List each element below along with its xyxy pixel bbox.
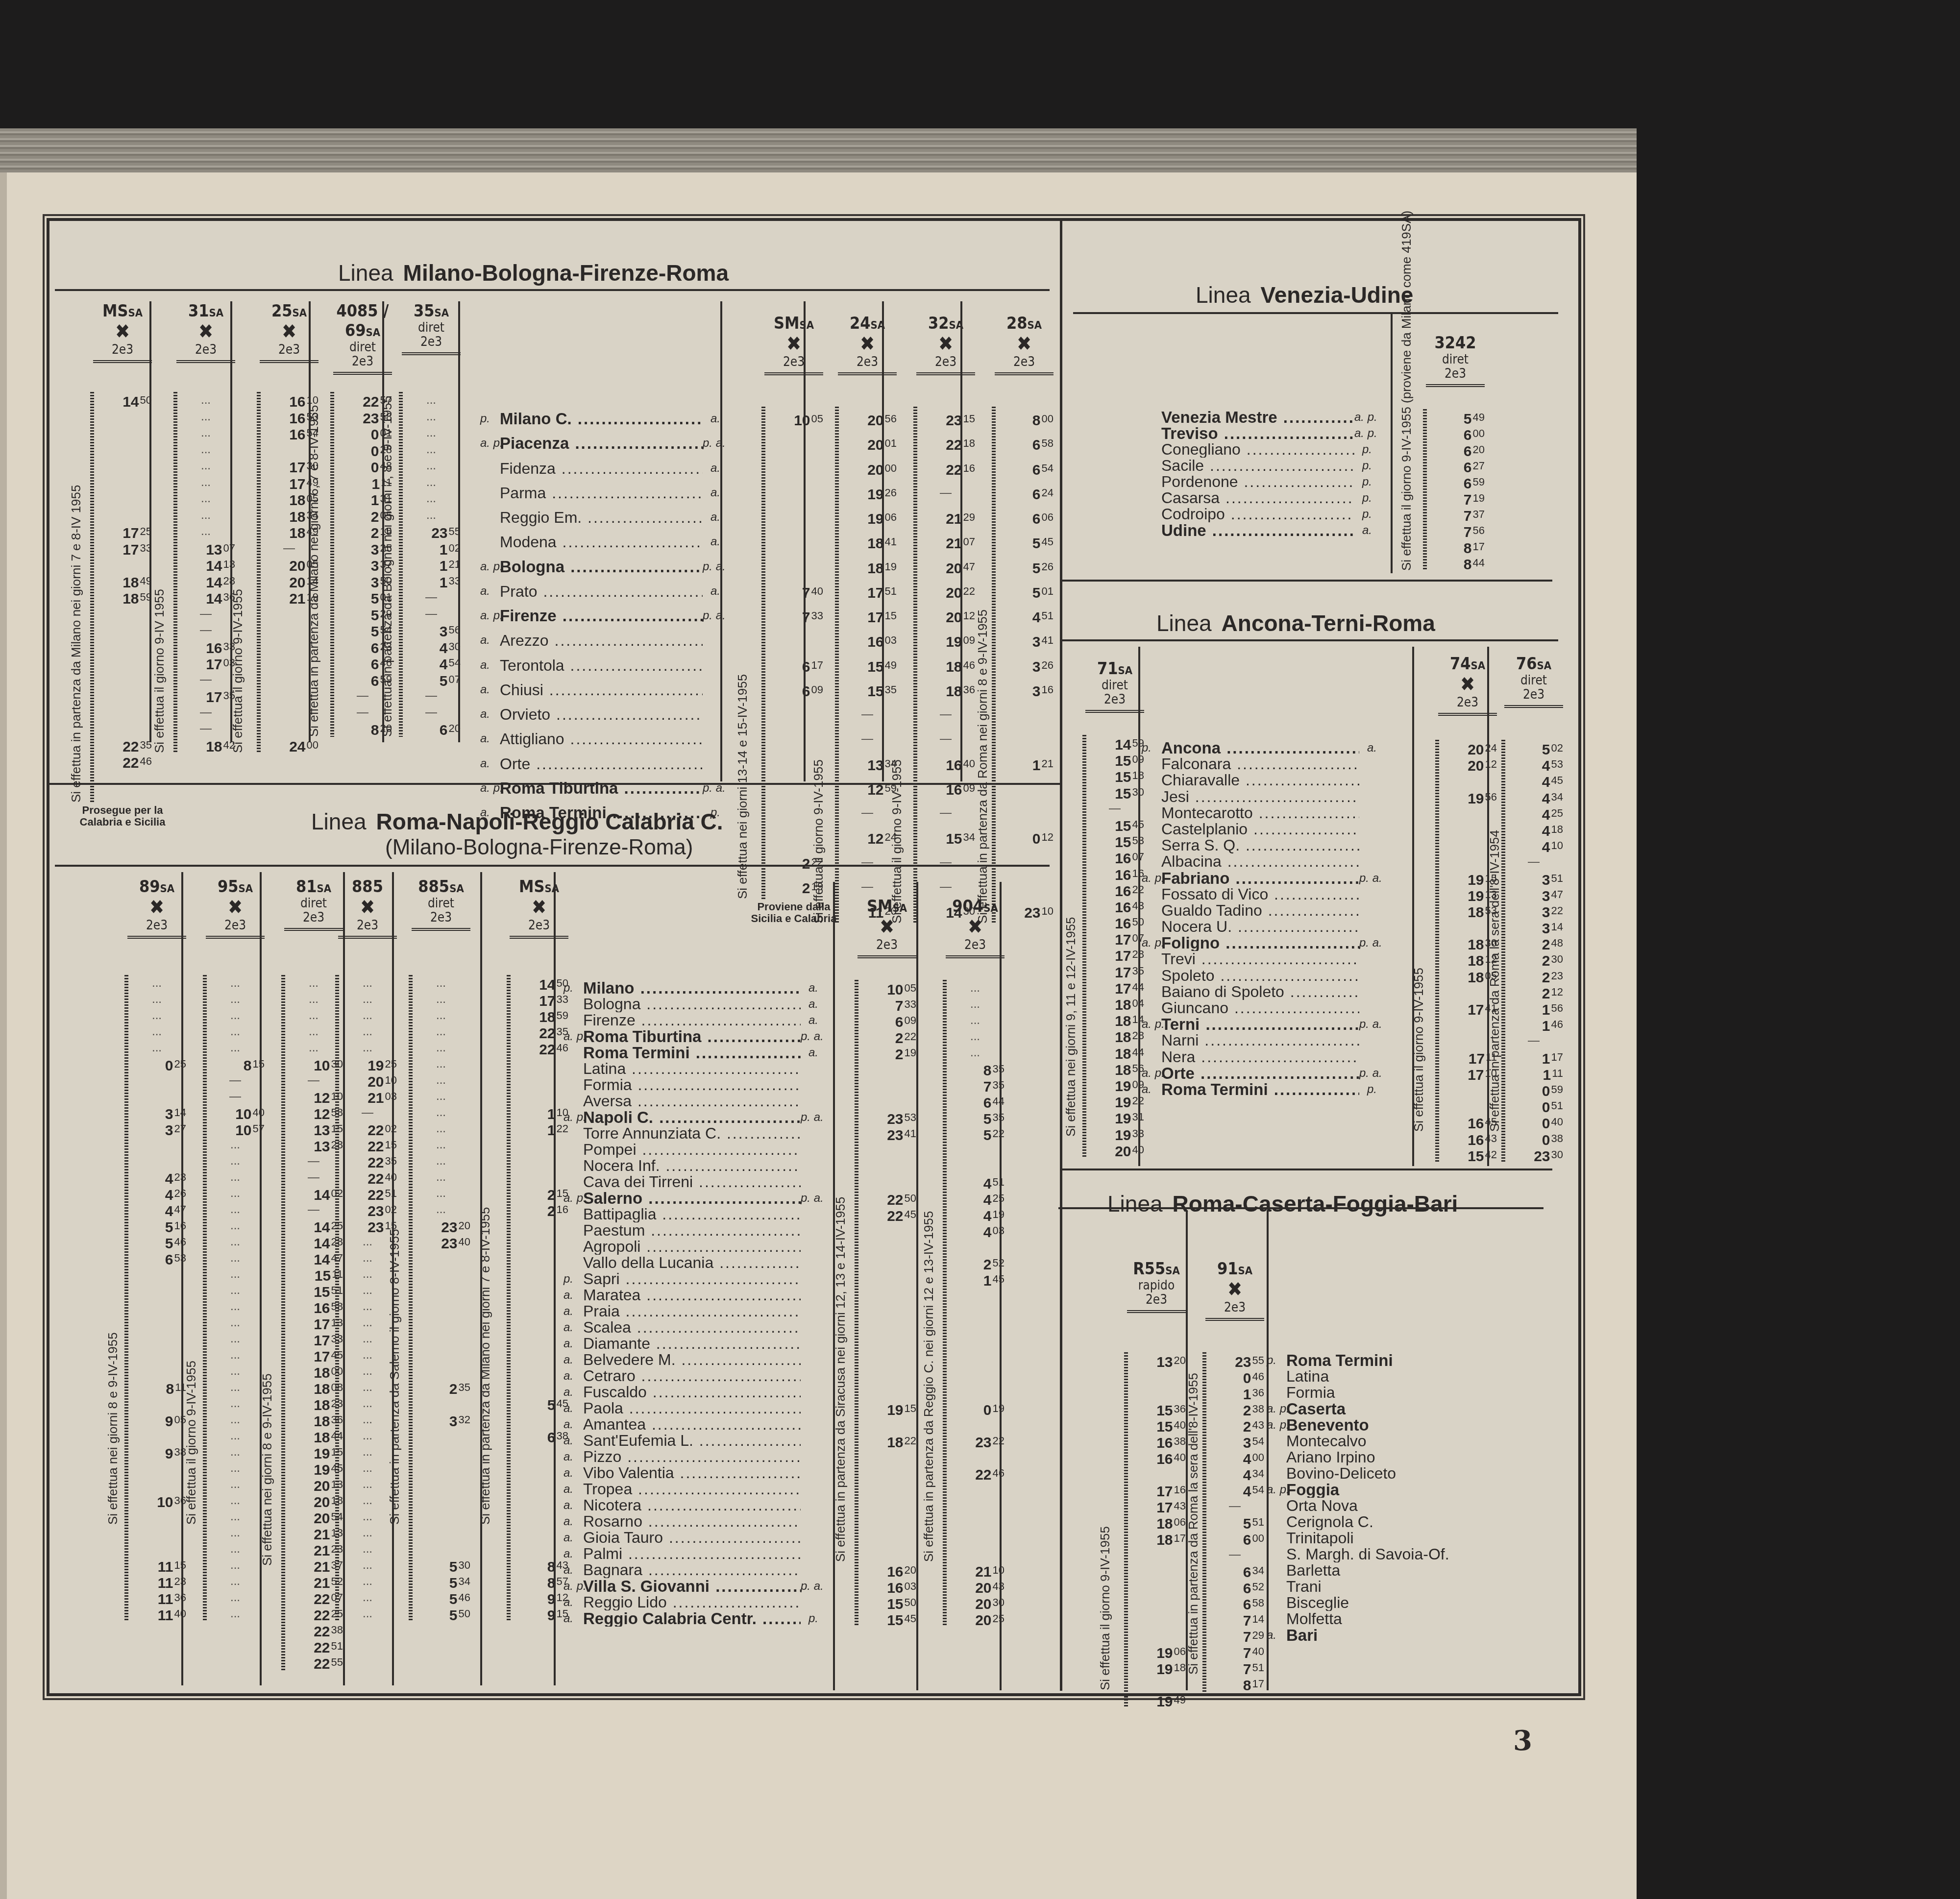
time-cell: 430 [402,638,461,655]
time-cell: 1808 [284,1379,343,1395]
time-cell [764,456,823,481]
time-cell: ... [402,458,461,474]
time-minute: 13 [223,558,235,570]
time-cell: 546 [127,1234,186,1250]
time-cell [764,702,823,727]
arrival-departure-marker [1359,837,1377,853]
time-minute: 49 [1174,1694,1186,1706]
arrival-departure-marker: a. [563,1610,583,1627]
time-hour: 3 [1032,659,1041,675]
time-hour: 22 [122,739,139,755]
time-cell [857,1465,916,1481]
train-times: 14501733185922352246 110122 215216 545 6… [510,975,568,1622]
time-minute: 51 [1042,609,1053,622]
time-cell: 223 [1504,968,1563,984]
time-cell [127,1266,186,1282]
station-row: Bisceglie [1267,1595,1541,1611]
time-hour: 12 [867,831,883,847]
time-hour: 17 [867,609,883,626]
arrival-departure-marker [801,1061,818,1077]
train-times: 2355046136238243354400434454—551600—6346… [1205,1352,1264,1692]
arrival-departure-marker [801,1336,818,1352]
arrival-departure-marker [801,1093,818,1109]
station-row: a.Cetraro [563,1368,818,1384]
time-minute: 20 [905,1564,916,1576]
train-number: SMSA [764,314,823,333]
time-hour: 16 [1468,1116,1484,1132]
train-number: SMSA [857,897,916,916]
time-cell: 2330 [1504,1146,1563,1163]
time-cell: ... [206,1040,265,1056]
station-name: Albacina [1161,853,1359,870]
time-minute: 45 [905,1612,916,1625]
time-cell [127,1137,186,1153]
time-cell: 1906 [1127,1643,1186,1659]
train-number: 31SA [176,301,235,321]
time-cell [93,409,152,425]
validity-wavy-line [1423,409,1427,571]
column-rule [554,872,556,1685]
time-cell: 1402 [284,1185,343,1201]
arrival-departure-marker: a. [563,1416,583,1433]
time-minute: 40 [385,1171,397,1183]
arrival-departure-marker [1359,1000,1377,1016]
train-suffix: SA [293,307,307,319]
time-cell: 1603 [838,628,897,653]
time-cell: ... [412,1169,470,1185]
time-minute: 18 [1551,823,1563,835]
arrival-departure-marker [1523,1562,1541,1579]
time-hour: 16 [1115,867,1131,883]
time-cell: 2355 [402,523,461,540]
time-minute: 15 [963,413,975,425]
time-cell: 2040 [1085,1142,1144,1158]
time-hour: 0 [1542,1132,1550,1148]
arrival-departure-marker: a. [480,752,500,776]
station-name: Latina [583,1061,801,1077]
time-hour: 19 [1468,888,1484,904]
arrival-departure-marker: p. a. [703,431,720,456]
time-cell: 1703 [176,655,235,671]
time-hour: 16 [946,782,962,798]
time-hour: 8 [1243,1678,1251,1694]
time-minute: 58 [1042,437,1053,449]
station-row: a.Orte [480,752,720,776]
time-cell: ... [402,507,461,524]
station-name: Arezzo [500,628,703,653]
time-cell: 600 [1205,1530,1264,1546]
station-name: Pompei [583,1142,801,1158]
station-row: a.Amantea [563,1416,818,1433]
validity-wavy-line [257,392,261,753]
time-hour: 20 [946,585,962,601]
time-cell: 356 [402,622,461,638]
time-minute: 22 [905,1030,916,1043]
arrival-departure-marker [801,1433,818,1449]
station-name: Orte [500,752,703,776]
time-cell: 1518 [1085,767,1144,783]
station-name: Bovino-Deliceto [1286,1465,1523,1482]
arrival-departure-marker [563,1174,583,1190]
train-times: ...............025 314327 42342644751654… [127,975,186,1622]
time-cell: 551 [1205,1514,1264,1530]
time-cell: 2000 [838,456,897,481]
time-hour: 0 [165,1058,173,1074]
time-cell [946,1352,1004,1368]
arrival-departure-marker [801,1255,818,1271]
time-minute: 06 [1042,511,1053,523]
validity-wavy-line [330,392,334,737]
time-cell [1127,1465,1186,1482]
station-name: Barletta [1286,1562,1523,1579]
arrival-departure-marker: a. p. [1142,1065,1161,1081]
time-minute: 17 [811,659,823,671]
time-hour: 17 [1115,981,1131,997]
station-row: Formia [563,1077,818,1093]
time-cell [857,1384,916,1400]
time-minute: 53 [1551,758,1563,770]
time-hour: 3 [1542,888,1550,904]
arrival-departure-marker [801,1206,818,1222]
time-hour: 2 [802,856,810,872]
time-minute: 34 [1551,791,1563,803]
time-minute: 30 [459,1559,470,1571]
arrival-departure-marker [563,1125,583,1142]
arrival-departure-marker [1267,1530,1286,1546]
time-cell: 451 [995,604,1053,628]
time-cell: ... [176,425,235,441]
arrival-departure-marker [703,653,720,678]
time-minute: 22 [963,585,975,597]
time-cell [510,1088,568,1104]
time-hour: 1 [1542,1051,1550,1067]
time-cell [764,481,823,505]
time-minute: 40 [253,1106,265,1119]
time-minute: 23 [1551,970,1563,982]
station-name: Sacile [1161,458,1354,474]
arrival-departure-marker [1142,853,1161,870]
time-hour: 5 [983,1127,992,1144]
arrival-departure-marker: a. [480,702,500,727]
arrival-departure-marker [801,1222,818,1239]
time-cell: 1915 [284,1444,343,1460]
time-hour: 11 [158,1607,173,1624]
arrival-departure-marker: a. [563,1384,583,1400]
time-cell: 620 [1426,441,1485,458]
time-minute: 45 [905,1208,916,1220]
time-cell: ... [176,458,235,474]
station-row: Molfetta [1267,1611,1541,1627]
train-suffix: SA [128,307,143,319]
time-cell [1127,1579,1186,1595]
time-cell: 216 [510,1201,568,1217]
time-cell: — [838,875,897,899]
time-cell: 652 [1205,1579,1264,1595]
train-number: 28SA [995,314,1053,333]
arrival-departure-marker [1142,425,1161,441]
time-hour: 20 [289,575,305,591]
time-cell [127,1072,186,1088]
time-cell: 2246 [93,753,152,770]
arrival-departure-marker [1359,1049,1377,1065]
validity-wavy-line [507,975,511,1622]
time-cell [93,458,152,474]
station-name: Molfetta [1286,1611,1523,1627]
arrival-departure-marker [1523,1482,1541,1498]
time-cell [412,1347,470,1363]
train-header: 885✖2e3 [338,877,397,939]
station-row: Codroipop. [1142,506,1372,522]
time-cell [412,1250,470,1266]
time-hour: 17 [206,657,222,673]
time-cell [510,1153,568,1169]
time-cell: 351 [1504,870,1563,886]
time-hour: 2 [449,1381,458,1397]
station-name: Attigliano [500,727,703,751]
time-minute: 34 [963,831,975,843]
validity-wavy-line [124,975,128,1622]
arrival-departure-marker: a. [480,628,500,653]
crossed-arrows-icon: ✖ [338,897,397,918]
time-hour: 19 [867,511,883,527]
station-name: Prato [500,579,703,604]
arrival-departure-marker [563,996,583,1012]
time-minute: 05 [811,413,823,425]
time-hour: 19 [1115,1111,1131,1127]
time-cell: 2322 [946,1433,1004,1449]
arrival-departure-marker [1359,968,1377,984]
time-cell: ... [206,1282,265,1298]
station-row: a.Belvedere M. [563,1352,818,1368]
arrival-departure-marker [801,1319,818,1336]
arrival-departure-marker [703,628,720,653]
time-cell [946,1416,1004,1433]
time-cell: ... [206,1363,265,1379]
validity-note: Si effettua in partenza da Milano nei gi… [69,485,84,803]
time-cell: ... [176,392,235,409]
station-row: a.Bari [1267,1627,1541,1643]
time-cell [1127,1385,1186,1401]
time-hour: 18 [1115,1046,1131,1062]
crossed-arrows-icon: ✖ [510,897,568,918]
train-suffix: SA [239,883,253,895]
time-hour: 23 [363,411,379,427]
time-hour: 18 [1468,970,1484,986]
arrival-departure-marker [1267,1433,1286,1449]
time-cell: 1806 [1127,1514,1186,1530]
time-cell: ... [206,975,265,991]
time-cell: 1735 [1085,963,1144,979]
time-cell [127,1298,186,1315]
time-cell: — [1504,1032,1563,1048]
arrival-departure-marker: a. [703,456,720,481]
arrival-departure-marker: p. a. [1359,870,1377,886]
station-name: Sapri [583,1271,801,1287]
arrival-departure-marker: p. [1354,458,1372,474]
time-minute: 40 [1174,1419,1186,1431]
time-hour: 19 [887,1402,903,1418]
arrival-departure-marker: p. [1142,740,1161,756]
station-name: Spoleto [1161,968,1359,984]
time-hour: 16 [289,394,305,410]
station-row: a. p.Roma Tiburtinap. a. [563,1028,818,1045]
time-cell: 2235 [338,1153,397,1169]
station-name: Roma Termini [1286,1352,1523,1368]
train-number: 3242 [1426,333,1485,353]
train-number: MSSA [510,877,568,897]
time-cell: ... [946,980,1004,996]
time-hour: 20 [289,558,305,574]
train-number: MSSA [93,301,152,321]
time-cell: 1005 [764,407,823,431]
time-cell: 2216 [916,456,975,481]
time-cell: — [176,671,235,688]
arrival-departure-marker: p. [801,1610,818,1627]
station-row: a.Attigliano [480,727,720,751]
validity-wavy-line [90,392,94,803]
validity-note: Si effettua il giorno 9-IV-1955 [230,589,245,753]
station-name: Udine [1161,522,1354,538]
time-hour: 18 [206,739,222,755]
time-cell: 653 [127,1250,186,1266]
time-cell: 2107 [916,530,975,554]
time-minute: 03 [885,634,897,646]
time-cell: 2251 [284,1638,343,1654]
time-minute: 19 [885,560,897,573]
time-hour: 13 [206,542,222,558]
time-cell [764,505,823,530]
time-hour: 5 [449,1607,458,1624]
time-cell [946,1336,1004,1352]
time-cell: ... [206,1460,265,1476]
time-cell: 1607 [1085,849,1144,865]
time-cell: 1315 [284,1120,343,1137]
arrival-departure-marker [563,1142,583,1158]
title-rule [1073,312,1558,314]
time-minute: 14 [1252,1613,1264,1625]
time-cell: 609 [764,678,823,702]
time-cell: ... [176,474,235,491]
time-hour: 8 [166,1381,174,1397]
time-hour: 1 [983,1273,992,1289]
time-minute: 17 [1174,1532,1186,1544]
time-hour: 23 [431,525,447,541]
station-name: Formia [583,1077,801,1093]
station-name: Modena [500,530,703,554]
time-minute: 07 [223,542,235,554]
arrival-departure-marker [1142,1032,1161,1048]
arrival-departure-marker [1142,886,1161,902]
station-row: Jesi [1142,789,1377,805]
time-minute: 56 [885,413,897,425]
time-hour: 16 [1468,1132,1484,1148]
station-row: Latina [1267,1368,1541,1385]
time-minute: 22 [905,1435,916,1447]
time-minute: 40 [963,757,975,770]
title-rule [55,865,1050,867]
arrival-departure-marker [1142,837,1161,853]
station-name: Bagnara [583,1562,801,1578]
time-cell: ... [284,1023,343,1040]
arrival-departure-marker: a. p. [563,1028,583,1045]
time-cell: ... [127,1007,186,1023]
time-hour: 5 [371,591,379,607]
train-times: ...............1030—1210125813151328——14… [284,975,343,1670]
station-name: Baiano di Spoleto [1161,984,1359,1000]
time-cell: 857 [510,1573,568,1589]
time-minute: 20 [1174,1354,1186,1366]
time-cell: 522 [946,1125,1004,1142]
time-hour: 3 [1032,634,1041,650]
time-cell [1127,1595,1186,1611]
station-name: Cerignola C. [1286,1514,1523,1530]
station-name: Ariano Irpino [1286,1449,1523,1465]
time-minute: 47 [174,1203,186,1216]
station-name: Battipaglia [583,1206,801,1222]
time-cell [764,727,823,751]
time-cell: 1609 [916,776,975,801]
arrival-departure-marker [1267,1611,1286,1627]
station-name: Reggio Calabria Centr. [583,1610,801,1627]
time-minute: 19 [993,1208,1004,1220]
time-cell [510,1363,568,1379]
time-hour: 15 [1468,1148,1484,1165]
time-cell: 658 [1205,1595,1264,1611]
time-hour: 6 [165,1252,173,1268]
time-cell: 1459 [1085,735,1144,751]
arrival-departure-marker: a. p. [1267,1482,1286,1498]
time-hour: 0 [371,443,379,460]
train-class: 2e3 [1205,1300,1264,1321]
train-class: 2e3 [176,342,235,363]
station-name: Bologna [500,555,703,579]
time-cell: — [176,606,235,622]
station-row: Casarsap. [1142,490,1372,506]
time-hour: 8 [244,1058,252,1074]
time-hour: 18 [1468,904,1484,921]
time-cell: — [838,850,897,875]
time-cell: 638 [510,1428,568,1444]
arrival-departure-marker [1523,1401,1541,1417]
time-hour: 0 [371,427,379,443]
time-cell [93,655,152,671]
time-hour: 16 [1156,1451,1173,1467]
train-suffix: SA [1165,1265,1180,1277]
time-cell [1127,1546,1186,1562]
time-hour: 16 [1115,883,1131,900]
time-cell: ... [206,1217,265,1234]
section-title: LineaRoma-Napoli-Reggio Calabria C. [311,808,723,835]
time-cell: 549 [1426,409,1485,425]
time-cell: 1425 [284,1217,343,1234]
station-row: Sacilep. [1142,458,1372,474]
train-class: 2e3 [1504,687,1563,708]
station-row: Nocera Inf. [563,1158,818,1174]
time-minute: 38 [331,1624,343,1636]
time-hour: 22 [887,1208,903,1224]
time-cell [93,441,152,458]
time-cell: ... [284,1007,343,1023]
arrival-departure-marker [1523,1514,1541,1530]
arrival-departure-marker: a. p. [563,1190,583,1206]
arrival-departure-marker: p. [1354,506,1372,522]
time-cell [857,1319,916,1336]
station-row: Torre Annunziata C. [563,1125,818,1142]
time-hour: 15 [887,1612,903,1629]
time-cell [510,1282,568,1298]
time-hour: 4 [983,1224,992,1241]
station-row: a. p.Folignop. a. [1142,935,1377,951]
